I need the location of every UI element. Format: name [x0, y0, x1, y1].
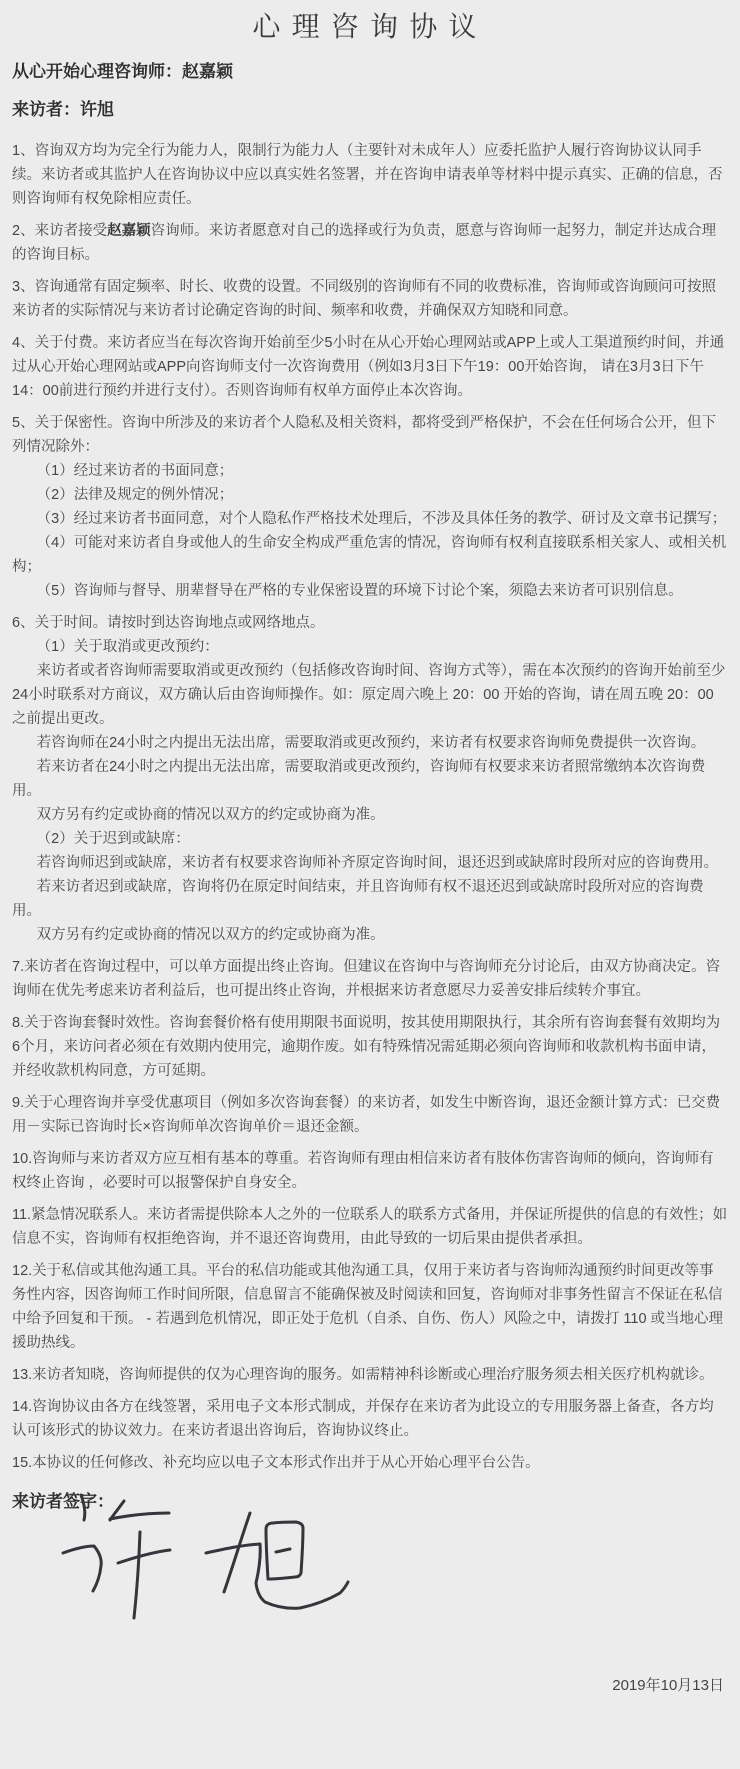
clause-list: 1、咨询双方均为完全行为能力人，限制行为能力人（主要针对未成年人）应委托监护人履… — [12, 139, 728, 1475]
visitor-line: 来访者：许旭 — [12, 99, 728, 120]
page-title: 心理咨询协议 — [0, 0, 740, 44]
clause-14: 14.咨询协议由各方在线签署，采用电子文本形式制成，并保存在来访者为此设立的专用… — [12, 1395, 728, 1443]
clause-text: 若咨询师在24小时之内提出无法出席，需要取消或更改预约，来访者有权要求咨询师免费… — [37, 735, 706, 751]
clause-paragraph: 双方另有约定或协商的情况以双方的约定或协商为准。 — [12, 923, 728, 947]
clause-text: 14.咨询协议由各方在线签署，采用电子文本形式制成，并保存在来访者为此设立的专用… — [12, 1399, 714, 1439]
counselor-label: 从心开始心理咨询师： — [12, 62, 182, 81]
clause-paragraph: 9.关于心理咨询并享受优惠项目（例如多次咨询套餐）的来访者，如发生中断咨询，退还… — [12, 1091, 728, 1139]
visitor-name: 许旭 — [80, 100, 114, 119]
clause-paragraph: 双方另有约定或协商的情况以双方的约定或协商为准。 — [12, 803, 728, 827]
clause-paragraph: （2）关于迟到或缺席： — [12, 827, 728, 851]
counselor-name: 赵嘉颖 — [182, 62, 233, 81]
clause-5: 5、关于保密性。咨询中所涉及的来访者个人隐私及相关资料，都将受到严格保护，不会在… — [12, 411, 728, 603]
clause-paragraph: 1、咨询双方均为完全行为能力人，限制行为能力人（主要针对未成年人）应委托监护人履… — [12, 139, 728, 211]
clause-10: 10.咨询师与来访者双方应互相有基本的尊重。若咨询师有理由相信来访者有肢体伤害咨… — [12, 1147, 728, 1195]
clause-text: 10.咨询师与来访者双方应互相有基本的尊重。若咨询师有理由相信来访者有肢体伤害咨… — [12, 1151, 714, 1191]
clause-paragraph: （2）法律及规定的例外情况； — [12, 483, 728, 507]
clause-text: （1）经过来访者的书面同意； — [37, 463, 234, 479]
clause-text: 2、来访者接受 — [12, 223, 107, 239]
clause-paragraph: 5、关于保密性。咨询中所涉及的来访者个人隐私及相关资料，都将受到严格保护，不会在… — [12, 411, 728, 459]
clause-paragraph: 11.紧急情况联系人。来访者需提供除本人之外的一位联系人的联系方式备用，并保证所… — [12, 1203, 728, 1251]
clause-paragraph: 12.关于私信或其他沟通工具。平台的私信功能或其他沟通工具，仅用于来访者与咨询师… — [12, 1259, 728, 1355]
clause-paragraph: 8.关于咨询套餐时效性。咨询套餐价格有使用期限书面说明，按其使用期限执行，其余所… — [12, 1011, 728, 1083]
clause-text: 12.关于私信或其他沟通工具。平台的私信功能或其他沟通工具，仅用于来访者与咨询师… — [12, 1263, 723, 1351]
visitor-signature-area — [52, 1486, 362, 1636]
clause-4: 4、关于付费。来访者应当在每次咨询开始前至少5小时在从心开始心理网站或APP上或… — [12, 331, 728, 403]
visitor-signature-drawing — [52, 1486, 362, 1636]
clause-text: 8.关于咨询套餐时效性。咨询套餐价格有使用期限书面说明，按其使用期限执行，其余所… — [12, 1015, 720, 1079]
clause-paragraph: （1）关于取消或更改预约： — [12, 635, 728, 659]
clause-paragraph: （5）咨询师与督导、朋辈督导在严格的专业保密设置的环境下讨论个案，须隐去来访者可… — [12, 579, 728, 603]
clause-paragraph: 2、来访者接受赵嘉颖咨询师。来访者愿意对自己的选择或行为负责，愿意与咨询师一起努… — [12, 219, 728, 267]
clause-text: 6、关于时间。请按时到达咨询地点或网络地点。 — [12, 615, 325, 631]
clause-paragraph: 来访者或者咨询师需要取消或更改预约（包括修改咨询时间、咨询方式等），需在本次预约… — [12, 659, 728, 731]
clause-paragraph: 若咨询师在24小时之内提出无法出席，需要取消或更改预约，来访者有权要求咨询师免费… — [12, 731, 728, 755]
clause-7: 7.来访者在咨询过程中，可以单方面提出终止咨询。但建议在咨询中与咨询师充分讨论后… — [12, 955, 728, 1003]
clause-text: 13.来访者知晓，咨询师提供的仅为心理咨询的服务。如需精神科诊断或心理治疗服务须… — [12, 1367, 714, 1383]
clause-11: 11.紧急情况联系人。来访者需提供除本人之外的一位联系人的联系方式备用，并保证所… — [12, 1203, 728, 1251]
clause-13: 13.来访者知晓，咨询师提供的仅为心理咨询的服务。如需精神科诊断或心理治疗服务须… — [12, 1363, 728, 1387]
clause-bold-text: 赵嘉颖 — [107, 223, 151, 239]
clause-paragraph: 15.本协议的任何修改、补充均应以电子文本形式作出并于从心开始心理平台公告。 — [12, 1451, 728, 1475]
clause-paragraph: 10.咨询师与来访者双方应互相有基本的尊重。若咨询师有理由相信来访者有肢体伤害咨… — [12, 1147, 728, 1195]
clause-text: 4、关于付费。来访者应当在每次咨询开始前至少5小时在从心开始心理网站或APP上或… — [12, 335, 724, 399]
clause-15: 15.本协议的任何修改、补充均应以电子文本形式作出并于从心开始心理平台公告。 — [12, 1451, 728, 1475]
clause-paragraph: 6、关于时间。请按时到达咨询地点或网络地点。 — [12, 611, 728, 635]
clause-9: 9.关于心理咨询并享受优惠项目（例如多次咨询套餐）的来访者，如发生中断咨询，退还… — [12, 1091, 728, 1139]
signature-date: 2019年10月13日 — [612, 1674, 724, 1695]
clause-text: 3、咨询通常有固定频率、时长、收费的设置。不同级别的咨询师有不同的收费标准，咨询… — [12, 279, 716, 319]
clause-text: （2）关于迟到或缺席： — [37, 831, 190, 847]
clause-1: 1、咨询双方均为完全行为能力人，限制行为能力人（主要针对未成年人）应委托监护人履… — [12, 139, 728, 211]
clause-text: 若咨询师迟到或缺席，来访者有权要求咨询师补齐原定咨询时间，退还迟到或缺席时段所对… — [37, 855, 719, 871]
clause-text: 11.紧急情况联系人。来访者需提供除本人之外的一位联系人的联系方式备用，并保证所… — [12, 1207, 727, 1247]
agreement-document: 心理咨询协议 从心开始心理咨询师：赵嘉颖 来访者：许旭 1、咨询双方均为完全行为… — [0, 0, 740, 1769]
clause-6: 6、关于时间。请按时到达咨询地点或网络地点。（1）关于取消或更改预约：来访者或者… — [12, 611, 728, 947]
clause-text: 若来访者迟到或缺席，咨询将仍在原定时间结束，并且咨询师有权不退还迟到或缺席时段所… — [12, 879, 704, 919]
clause-paragraph: （3）经过来访者书面同意，对个人隐私作严格技术处理后，不涉及具体任务的教学、研讨… — [12, 507, 728, 531]
clause-text: （1）关于取消或更改预约： — [37, 639, 219, 655]
clause-2: 2、来访者接受赵嘉颖咨询师。来访者愿意对自己的选择或行为负责，愿意与咨询师一起努… — [12, 219, 728, 267]
clause-paragraph: 13.来访者知晓，咨询师提供的仅为心理咨询的服务。如需精神科诊断或心理治疗服务须… — [12, 1363, 728, 1387]
clause-text: 9.关于心理咨询并享受优惠项目（例如多次咨询套餐）的来访者，如发生中断咨询，退还… — [12, 1095, 720, 1135]
clause-text: 15.本协议的任何修改、补充均应以电子文本形式作出并于从心开始心理平台公告。 — [12, 1455, 540, 1471]
clause-paragraph: （4）可能对来访者自身或他人的生命安全构成严重危害的情况，咨询师有权利直接联系相… — [12, 531, 728, 579]
clause-text: 若来访者在24小时之内提出无法出席，需要取消或更改预约，咨询师有权要求来访者照常… — [12, 759, 705, 799]
clause-text: 7.来访者在咨询过程中，可以单方面提出终止咨询。但建议在咨询中与咨询师充分讨论后… — [12, 959, 720, 999]
clause-text: 5、关于保密性。咨询中所涉及的来访者个人隐私及相关资料，都将受到严格保护，不会在… — [12, 415, 716, 455]
counselor-line: 从心开始心理咨询师：赵嘉颖 — [12, 61, 728, 82]
clause-paragraph: 4、关于付费。来访者应当在每次咨询开始前至少5小时在从心开始心理网站或APP上或… — [12, 331, 728, 403]
clause-paragraph: 14.咨询协议由各方在线签署，采用电子文本形式制成，并保存在来访者为此设立的专用… — [12, 1395, 728, 1443]
clause-text: （5）咨询师与督导、朋辈督导在严格的专业保密设置的环境下讨论个案，须隐去来访者可… — [37, 583, 683, 599]
clause-text: （3）经过来访者书面同意，对个人隐私作严格技术处理后，不涉及具体任务的教学、研讨… — [37, 511, 727, 527]
clause-paragraph: 3、咨询通常有固定频率、时长、收费的设置。不同级别的咨询师有不同的收费标准，咨询… — [12, 275, 728, 323]
clause-text: 双方另有约定或协商的情况以双方的约定或协商为准。 — [37, 927, 385, 943]
visitor-label: 来访者： — [12, 100, 80, 119]
clause-text: （2）法律及规定的例外情况； — [37, 487, 234, 503]
clause-paragraph: （1）经过来访者的书面同意； — [12, 459, 728, 483]
clause-paragraph: 若咨询师迟到或缺席，来访者有权要求咨询师补齐原定咨询时间，退还迟到或缺席时段所对… — [12, 851, 728, 875]
clause-paragraph: 若来访者迟到或缺席，咨询将仍在原定时间结束，并且咨询师有权不退还迟到或缺席时段所… — [12, 875, 728, 923]
clause-text: 1、咨询双方均为完全行为能力人，限制行为能力人（主要针对未成年人）应委托监护人履… — [12, 143, 723, 207]
clause-12: 12.关于私信或其他沟通工具。平台的私信功能或其他沟通工具，仅用于来访者与咨询师… — [12, 1259, 728, 1355]
clause-text: 双方另有约定或协商的情况以双方的约定或协商为准。 — [37, 807, 385, 823]
clause-text: （4）可能对来访者自身或他人的生命安全构成严重危害的情况，咨询师有权利直接联系相… — [12, 535, 726, 575]
clause-text: 来访者或者咨询师需要取消或更改预约（包括修改咨询时间、咨询方式等），需在本次预约… — [12, 663, 725, 727]
clause-8: 8.关于咨询套餐时效性。咨询套餐价格有使用期限书面说明，按其使用期限执行，其余所… — [12, 1011, 728, 1083]
clause-3: 3、咨询通常有固定频率、时长、收费的设置。不同级别的咨询师有不同的收费标准，咨询… — [12, 275, 728, 323]
clause-paragraph: 7.来访者在咨询过程中，可以单方面提出终止咨询。但建议在咨询中与咨询师充分讨论后… — [12, 955, 728, 1003]
clause-paragraph: 若来访者在24小时之内提出无法出席，需要取消或更改预约，咨询师有权要求来访者照常… — [12, 755, 728, 803]
